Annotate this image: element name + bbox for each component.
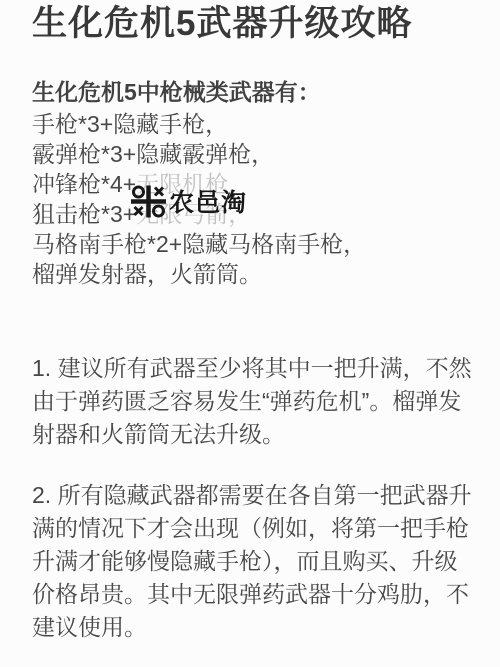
list-item-text: 狙击枪*3+ [32,201,136,227]
paragraph-advice-1: 1. 建议所有武器至少将其中一把升满，不然 由于弹药匮乏容易发生“弹药危机”。榴… [32,352,467,451]
paragraph-line: 1. 建议所有武器至少将其中一把升满，不然 [32,352,467,385]
page-title: 生化危机5武器升级攻略 [32,3,467,45]
list-item-pistol: 手枪*3+隐藏手枪， [32,109,467,139]
list-item-launchers: 榴弹发射器，火箭筒。 [32,259,467,289]
list-item-text: 手枪*3+隐藏手枪， [32,111,228,137]
list-item-shotgun: 霰弹枪*3+隐藏霰弹枪， [32,139,467,169]
list-item-text: 冲锋枪*4+ [32,171,136,197]
list-item-text: 榴弹发射器，火箭筒。 [32,261,262,287]
paragraph-line: 射器和火箭筒无法升级。 [32,418,467,451]
intro-heading: 生化危机5中枪械类武器有： [32,76,467,109]
list-item-magnum: 马格南手枪*2+隐藏马格南手枪， [32,229,467,259]
article-page: 生化危机5武器升级攻略 生化危机5中枪械类武器有： 手枪*3+隐藏手枪， 霰弹枪… [0,0,500,667]
paragraph-line: 2. 所有隐藏武器都需要在各自第一把武器升 [32,479,467,512]
paragraph-line: 满的情况下才会出现（例如，将第一把手枪 [32,512,467,545]
list-item-faded-text: 无限弓箭， [136,201,251,227]
paragraph-advice-2: 2. 所有隐藏武器都需要在各自第一把武器升 满的情况下才会出现（例如，将第一把手… [32,479,467,644]
list-item-text: 霰弹枪*3+隐藏霰弹枪， [32,141,274,167]
list-item-text: 马格南手枪*2+隐藏马格南手枪， [32,231,366,257]
list-item-sniper: 狙击枪*3+无限弓箭， [32,199,467,229]
paragraph-line: 建议使用。 [32,611,467,644]
list-item-faded-text: 无限机枪， [136,171,251,197]
paragraph-line: 升满才能够慢隐藏手枪），而且购买、升级 [32,545,467,578]
weapon-list: 手枪*3+隐藏手枪， 霰弹枪*3+隐藏霰弹枪， 冲锋枪*4+无限机枪， 狙击枪*… [32,109,467,289]
paragraph-line: 由于弹药匮乏容易发生“弹药危机”。榴弹发 [32,385,467,418]
list-item-smg: 冲锋枪*4+无限机枪， [32,169,467,199]
paragraph-line: 价格昂贵。其中无限弹药武器十分鸡肋，不 [32,578,467,611]
